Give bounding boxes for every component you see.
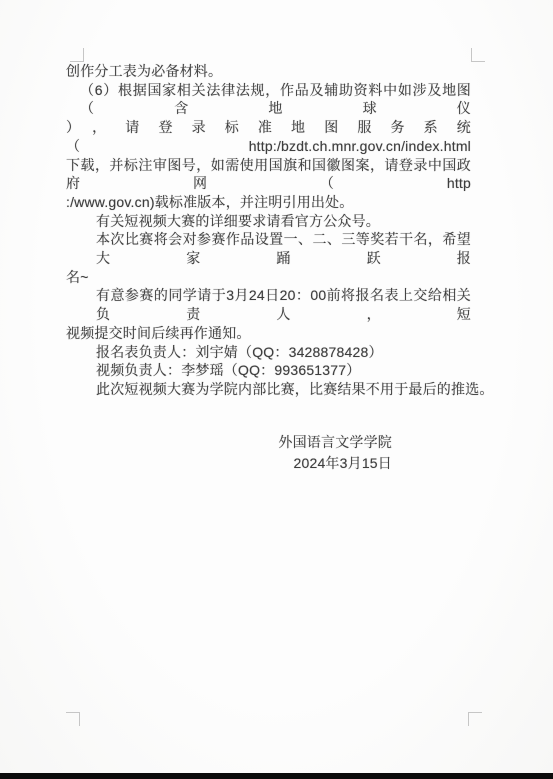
text-line: （6）根据国家相关法律法规，作品及辅助资料中如涉及地图（含地球仪: [66, 81, 471, 118]
signature-block: 外国语言文学学院 2024年3月15日: [66, 432, 471, 475]
text-line: ），请登录标准地图服务系统（http:/bzdt.ch.mnr.gov.cn/i…: [66, 118, 471, 155]
crop-mark-top-left: [70, 48, 84, 62]
crop-mark-bottom-left: [66, 712, 80, 726]
signature-date: 2024年3月15日: [66, 453, 392, 475]
document-body-text: 创作分工表为必备材料。（6）根据国家相关法律法规，作品及辅助资料中如涉及地图（含…: [66, 62, 471, 475]
text-line: 本次比赛将会对参赛作品设置一、二、三等奖若干名，希望大家踊跃报: [66, 230, 471, 267]
text-line: 有关短视频大赛的详细要求请看官方公众号。: [66, 212, 471, 231]
screen-bottom-bar: [0, 773, 553, 779]
text-line: 此次短视频大赛为学院内部比赛，比赛结果不用于最后的推选。: [66, 380, 471, 399]
text-line: 视频负责人：李梦瑶（QQ：993651377）: [66, 361, 471, 380]
document-page: 创作分工表为必备材料。（6）根据国家相关法律法规，作品及辅助资料中如涉及地图（含…: [0, 0, 553, 773]
text-line: 视频提交时间后续再作通知。: [66, 324, 471, 343]
text-lines: 创作分工表为必备材料。（6）根据国家相关法律法规，作品及辅助资料中如涉及地图（含…: [66, 62, 471, 399]
signature-organization: 外国语言文学学院: [66, 432, 392, 454]
text-line: 创作分工表为必备材料。: [66, 62, 471, 81]
crop-mark-bottom-right: [468, 712, 482, 726]
text-line: 报名表负责人：刘宇婧（QQ：3428878428）: [66, 343, 471, 362]
text-line: 名~: [66, 268, 471, 287]
text-line: 有意参赛的同学请于3月24日20：00前将报名表上交给相关负责人，短: [66, 286, 471, 323]
crop-mark-top-right: [471, 48, 485, 62]
text-line: :/www.gov.cn)载标准版本，并注明引用出处。: [66, 193, 471, 212]
text-line: 下载，并标注审图号，如需使用国旗和国徽图案，请登录中国政府网（http: [66, 156, 471, 193]
